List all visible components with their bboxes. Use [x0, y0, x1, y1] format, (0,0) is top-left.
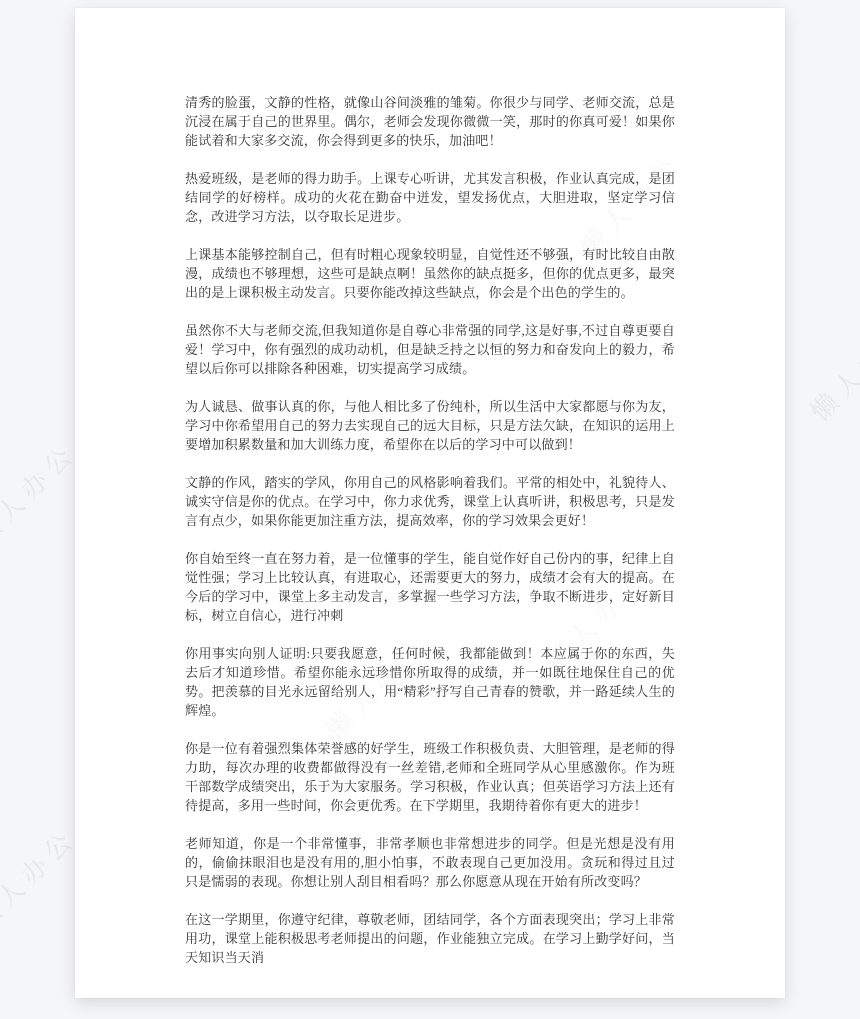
paragraph: 老师知道，你是一个非常懂事，非常孝顺也非常想进步的同学。但是光想是没有用的，偷偷… — [185, 834, 675, 891]
paragraph: 你自始至终一直在努力着，是一位懂事的学生，能自觉作好自己份内的事，纪律上自觉性强… — [185, 549, 675, 625]
watermark-text: 懒人办公 — [801, 309, 860, 429]
paragraph: 上课基本能够控制自己，但有时粗心现象较明显，自觉性还不够强，有时比较自由散漫，成… — [185, 245, 675, 302]
paragraph: 清秀的脸蛋，文静的性格，就像山谷间淡雅的雏菊。你很少与同学、老师交流，总是沉浸在… — [185, 93, 675, 150]
paragraph: 为人诚恳、做事认真的你，与他人相比多了份纯朴，所以生活中大家都愿与你为友，学习中… — [185, 397, 675, 454]
paragraph: 在这一学期里，你遵守纪律，尊敬老师，团结同学，各个方面表现突出；学习上非常用功，… — [185, 910, 675, 967]
document-page: 清秀的脸蛋，文静的性格，就像山谷间淡雅的雏菊。你很少与同学、老师交流，总是沉浸在… — [75, 8, 785, 998]
paragraph: 虽然你不大与老师交流,但我知道你是自尊心非常强的同学,这是好事,不过自尊更要自爱… — [185, 321, 675, 378]
watermark-text: 懒人办公 — [0, 819, 84, 939]
watermark-text: 懒人办公 — [0, 434, 84, 554]
app-background: 懒人办公 懒人办公 懒人办公 懒人办公 懒人办公 懒人办公 清秀的脸蛋，文静的性… — [0, 0, 860, 1019]
paragraph: 你是一位有着强烈集体荣誉感的好学生，班级工作积极负责、大胆管理，是老师的得力助，… — [185, 739, 675, 815]
paragraph: 文静的作风，踏实的学风，你用自己的风格影响着我们。平常的相处中，礼貌待人、诚实守… — [185, 473, 675, 530]
paragraph: 你用事实向别人证明:只要我愿意，任何时候，我都能做到！本应属于你的东西，失去后才… — [185, 644, 675, 720]
paragraph: 热爱班级，是老师的得力助手。上课专心听讲，尤其发言积极，作业认真完成，是团结同学… — [185, 169, 675, 226]
